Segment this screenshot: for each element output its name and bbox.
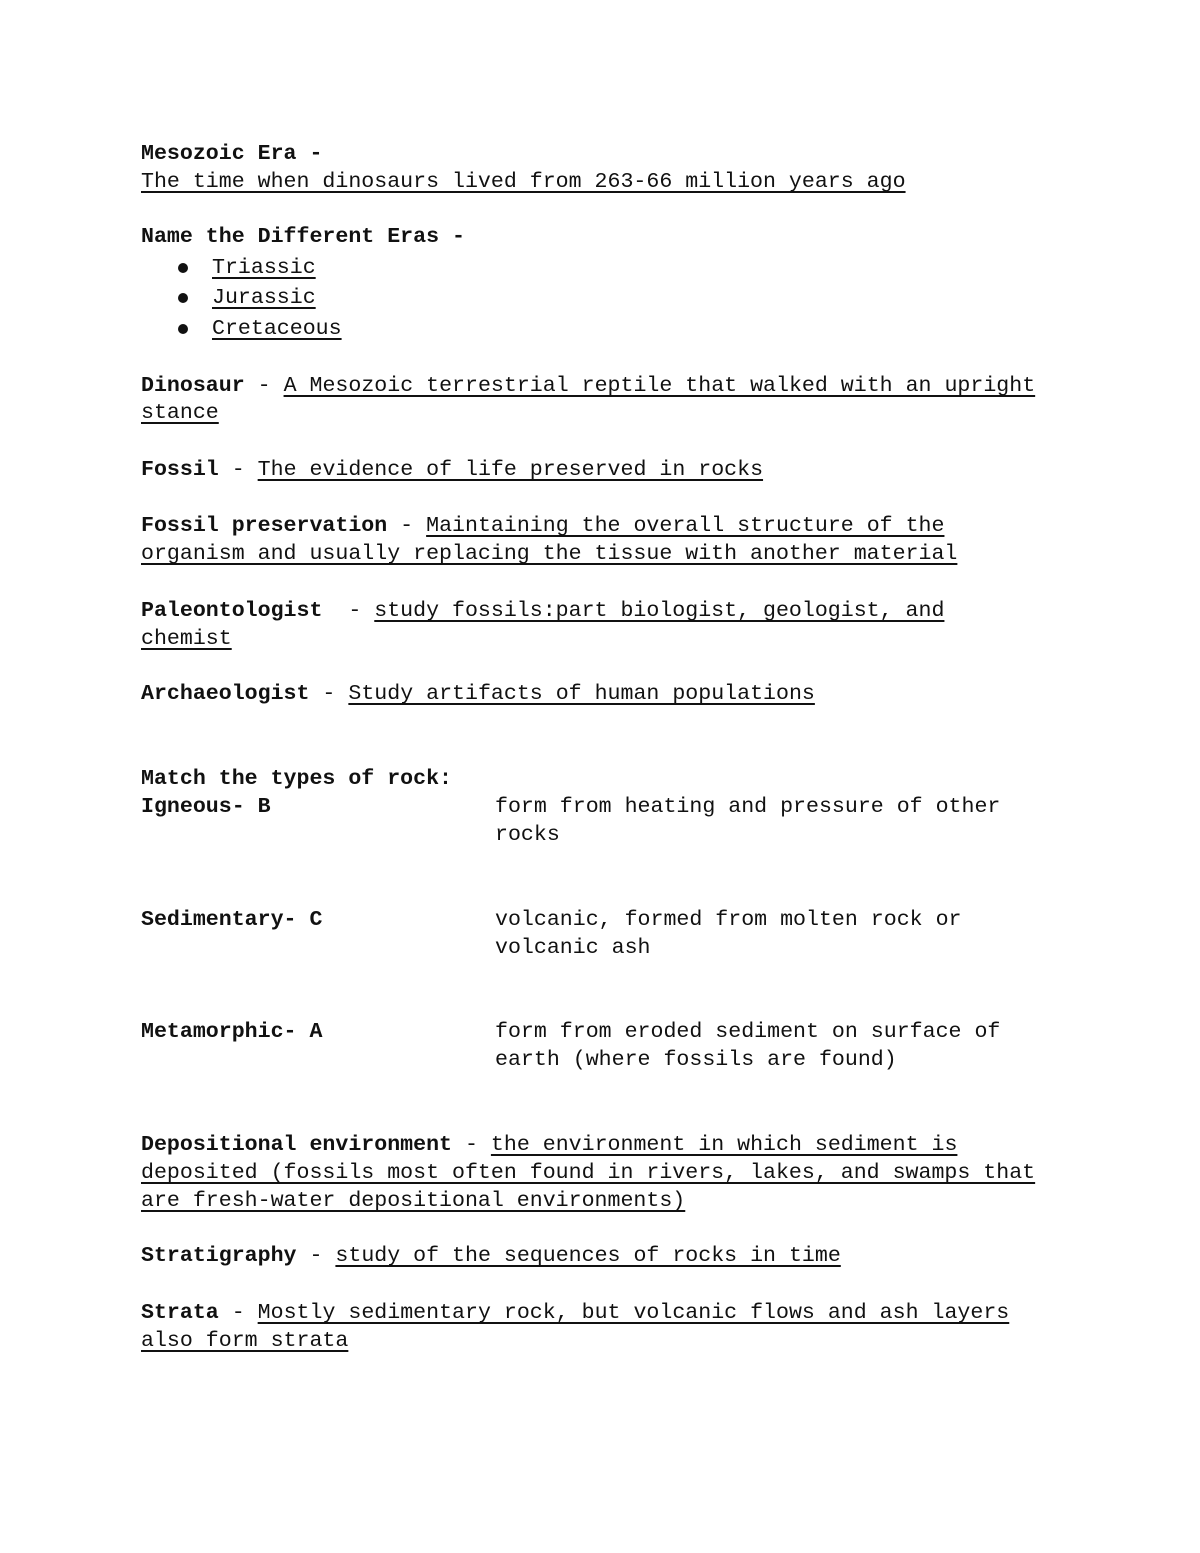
paleontologist-entry: Paleontologist - study fossils:part biol… — [141, 597, 944, 625]
era-item: Cretaceous — [212, 315, 342, 343]
mesozoic-term: Mesozoic Era - — [141, 140, 322, 168]
depositional-entry: Depositional environment - the environme… — [141, 1131, 957, 1159]
mesozoic-definition: The time when dinosaurs lived from 263-6… — [141, 168, 906, 196]
archaeologist-entry: Archaeologist - Study artifacts of human… — [141, 680, 815, 708]
stratigraphy-entry: Stratigraphy - study of the sequences of… — [141, 1242, 841, 1270]
separator: - — [297, 1244, 336, 1268]
paleontologist-definition: study fossils:part biologist, geologist,… — [374, 599, 944, 623]
separator: - — [219, 1301, 258, 1325]
strata-definition-cont: also form strata — [141, 1327, 348, 1355]
era-item: Triassic — [212, 254, 316, 282]
archaeologist-definition: Study artifacts of human populations — [348, 682, 815, 706]
rock-type: Igneous- B — [141, 793, 271, 821]
rock-match-heading: Match the types of rock: — [141, 765, 452, 793]
separator: - — [387, 514, 426, 538]
depositional-definition-cont: are fresh-water depositional environment… — [141, 1187, 685, 1215]
rock-description-cont: rocks — [495, 821, 560, 849]
dinosaur-definition-cont: stance — [141, 399, 219, 427]
bullet-icon — [178, 293, 188, 303]
depositional-definition: the environment in which sediment is — [491, 1133, 958, 1157]
era-item: Jurassic — [212, 284, 316, 312]
archaeologist-term: Archaeologist — [141, 682, 309, 706]
dinosaur-definition: A Mesozoic terrestrial reptile that walk… — [284, 374, 1036, 398]
rock-description-cont: volcanic ash — [495, 934, 651, 962]
strata-term: Strata — [141, 1301, 219, 1325]
fossil-preservation-definition: Maintaining the overall structure of the — [426, 514, 944, 538]
fossil-entry: Fossil - The evidence of life preserved … — [141, 456, 763, 484]
fossil-preservation-definition-cont: organism and usually replacing the tissu… — [141, 540, 957, 568]
fossil-term: Fossil — [141, 458, 219, 482]
depositional-definition-cont: deposited (fossils most often found in r… — [141, 1159, 1035, 1187]
bullet-icon — [178, 324, 188, 334]
dinosaur-entry: Dinosaur - A Mesozoic terrestrial reptil… — [141, 372, 1035, 400]
fossil-preservation-term: Fossil preservation — [141, 514, 387, 538]
strata-entry: Strata - Mostly sedimentary rock, but vo… — [141, 1299, 1009, 1327]
eras-heading: Name the Different Eras - — [141, 223, 465, 251]
paleontologist-definition-cont: chemist — [141, 625, 232, 653]
separator: - — [309, 682, 348, 706]
rock-description: volcanic, formed from molten rock or — [495, 906, 962, 934]
depositional-term: Depositional environment — [141, 1133, 452, 1157]
fossil-preservation-entry: Fossil preservation - Maintaining the ov… — [141, 512, 944, 540]
strata-definition: Mostly sedimentary rock, but volcanic fl… — [258, 1301, 1010, 1325]
dinosaur-term: Dinosaur — [141, 374, 245, 398]
rock-type: Sedimentary- C — [141, 906, 322, 934]
separator: - — [452, 1133, 491, 1157]
rock-description: form from eroded sediment on surface of — [495, 1018, 1000, 1046]
separator: - — [219, 458, 258, 482]
rock-type: Metamorphic- A — [141, 1018, 322, 1046]
stratigraphy-term: Stratigraphy — [141, 1244, 297, 1268]
fossil-definition: The evidence of life preserved in rocks — [258, 458, 763, 482]
bullet-icon — [178, 263, 188, 273]
rock-description: form from heating and pressure of other — [495, 793, 1000, 821]
rock-description-cont: earth (where fossils are found) — [495, 1046, 897, 1074]
separator: - — [322, 599, 374, 623]
separator: - — [245, 374, 284, 398]
stratigraphy-definition: study of the sequences of rocks in time — [335, 1244, 840, 1268]
paleontologist-term: Paleontologist — [141, 599, 322, 623]
